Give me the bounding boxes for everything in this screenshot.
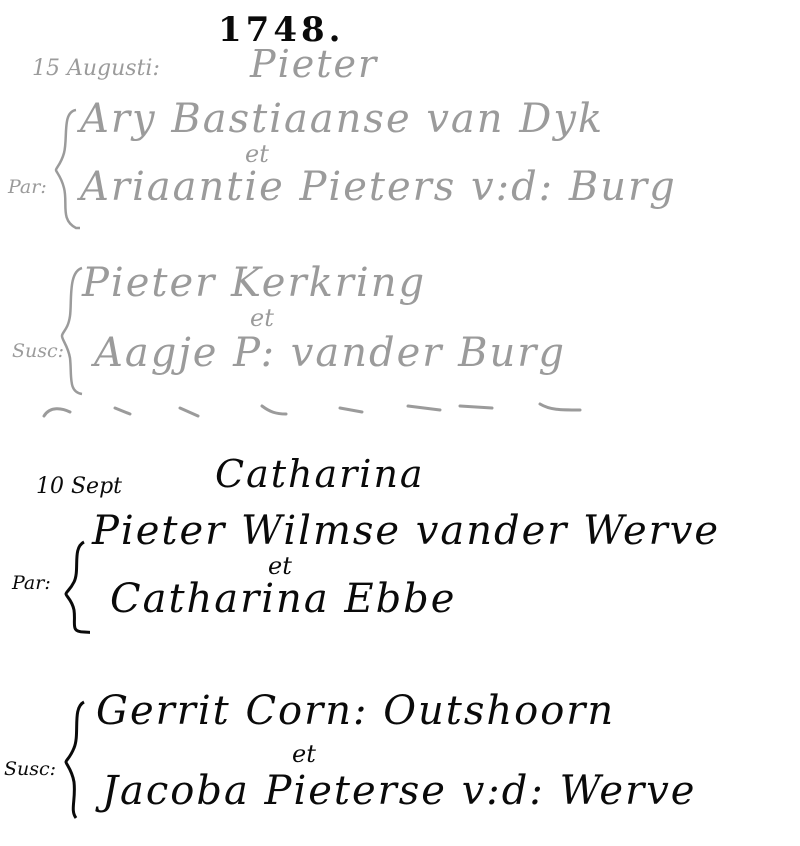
witness-1-name: Gerrit Corn: Outshoorn xyxy=(96,688,615,734)
divider-swash-icon xyxy=(40,398,760,422)
entry-date: 15 Augusti: xyxy=(32,56,160,81)
conjunction-et: et xyxy=(250,304,274,332)
parents-label: Par: xyxy=(12,572,51,594)
child-name: Catharina xyxy=(215,452,425,496)
mother-name: Catharina Ebbe xyxy=(110,576,456,622)
brace-icon xyxy=(52,108,78,230)
father-name: Ary Bastiaanse van Dyk xyxy=(80,96,604,142)
brace-icon xyxy=(62,540,88,636)
parents-label: Par: xyxy=(8,176,47,198)
child-name: Pieter xyxy=(250,42,378,86)
witness-2-name: Jacoba Pieterse v:d: Werve xyxy=(102,768,696,814)
brace-icon xyxy=(58,266,84,398)
brace-icon xyxy=(62,700,88,820)
conjunction-et: et xyxy=(292,740,316,768)
mother-name: Ariaantie Pieters v:d: Burg xyxy=(80,164,677,210)
witnesses-label: Susc: xyxy=(4,758,56,780)
witness-2-name: Aagje P: vander Burg xyxy=(94,330,566,376)
father-name: Pieter Wilmse vander Werve xyxy=(92,508,720,554)
witnesses-label: Susc: xyxy=(12,340,64,362)
entry-date: 10 Sept xyxy=(36,474,122,499)
witness-1-name: Pieter Kerkring xyxy=(82,260,426,306)
